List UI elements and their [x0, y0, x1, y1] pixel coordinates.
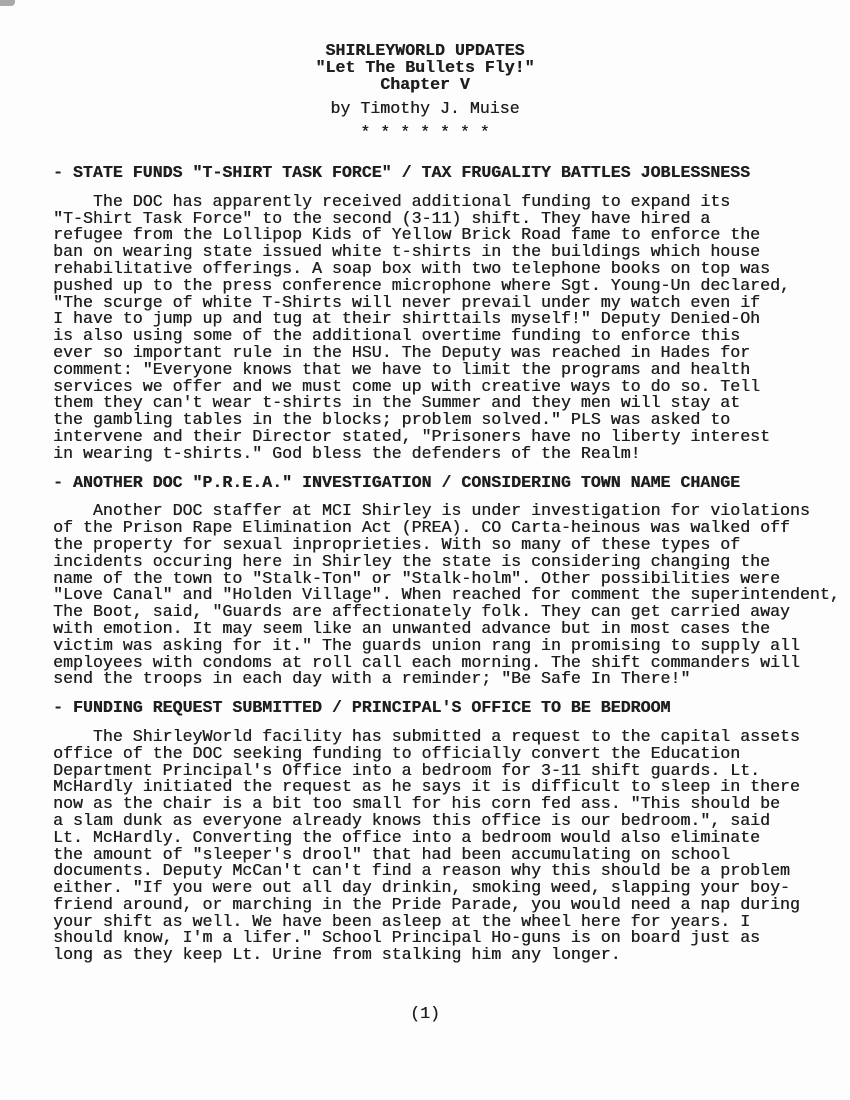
section-body: Another DOC staffer at MCI Shirley is un…: [53, 503, 846, 688]
document-title-line-3: Chapter V: [0, 76, 850, 93]
document-header: SHIRLEYWORLD UPDATES "Let The Bullets Fl…: [0, 0, 850, 141]
section-funding-request: - FUNDING REQUEST SUBMITTED / PRINCIPAL'…: [53, 700, 846, 964]
section-body: The DOC has apparently received addition…: [53, 194, 846, 463]
document-title-line-2: "Let The Bullets Fly!": [0, 59, 850, 76]
document-body: - STATE FUNDS "T-SHIRT TASK FORCE" / TAX…: [0, 165, 850, 964]
document-page: SHIRLEYWORLD UPDATES "Let The Bullets Fl…: [0, 0, 850, 1100]
document-byline: by Timothy J. Muise: [0, 100, 850, 117]
section-prea-investigation: - ANOTHER DOC "P.R.E.A." INVESTIGATION /…: [53, 475, 846, 689]
page-number: (1): [0, 1006, 850, 1023]
section-heading: - FUNDING REQUEST SUBMITTED / PRINCIPAL'…: [53, 700, 846, 717]
section-tshirt-task-force: - STATE FUNDS "T-SHIRT TASK FORCE" / TAX…: [53, 165, 846, 463]
scan-smudge: [0, 0, 15, 6]
section-heading: - ANOTHER DOC "P.R.E.A." INVESTIGATION /…: [53, 475, 846, 492]
section-heading: - STATE FUNDS "T-SHIRT TASK FORCE" / TAX…: [53, 165, 846, 182]
document-title-line-1: SHIRLEYWORLD UPDATES: [0, 42, 850, 59]
section-body: The ShirleyWorld facility has submitted …: [53, 729, 846, 964]
asterisk-separator: * * * * * * *: [0, 124, 850, 141]
